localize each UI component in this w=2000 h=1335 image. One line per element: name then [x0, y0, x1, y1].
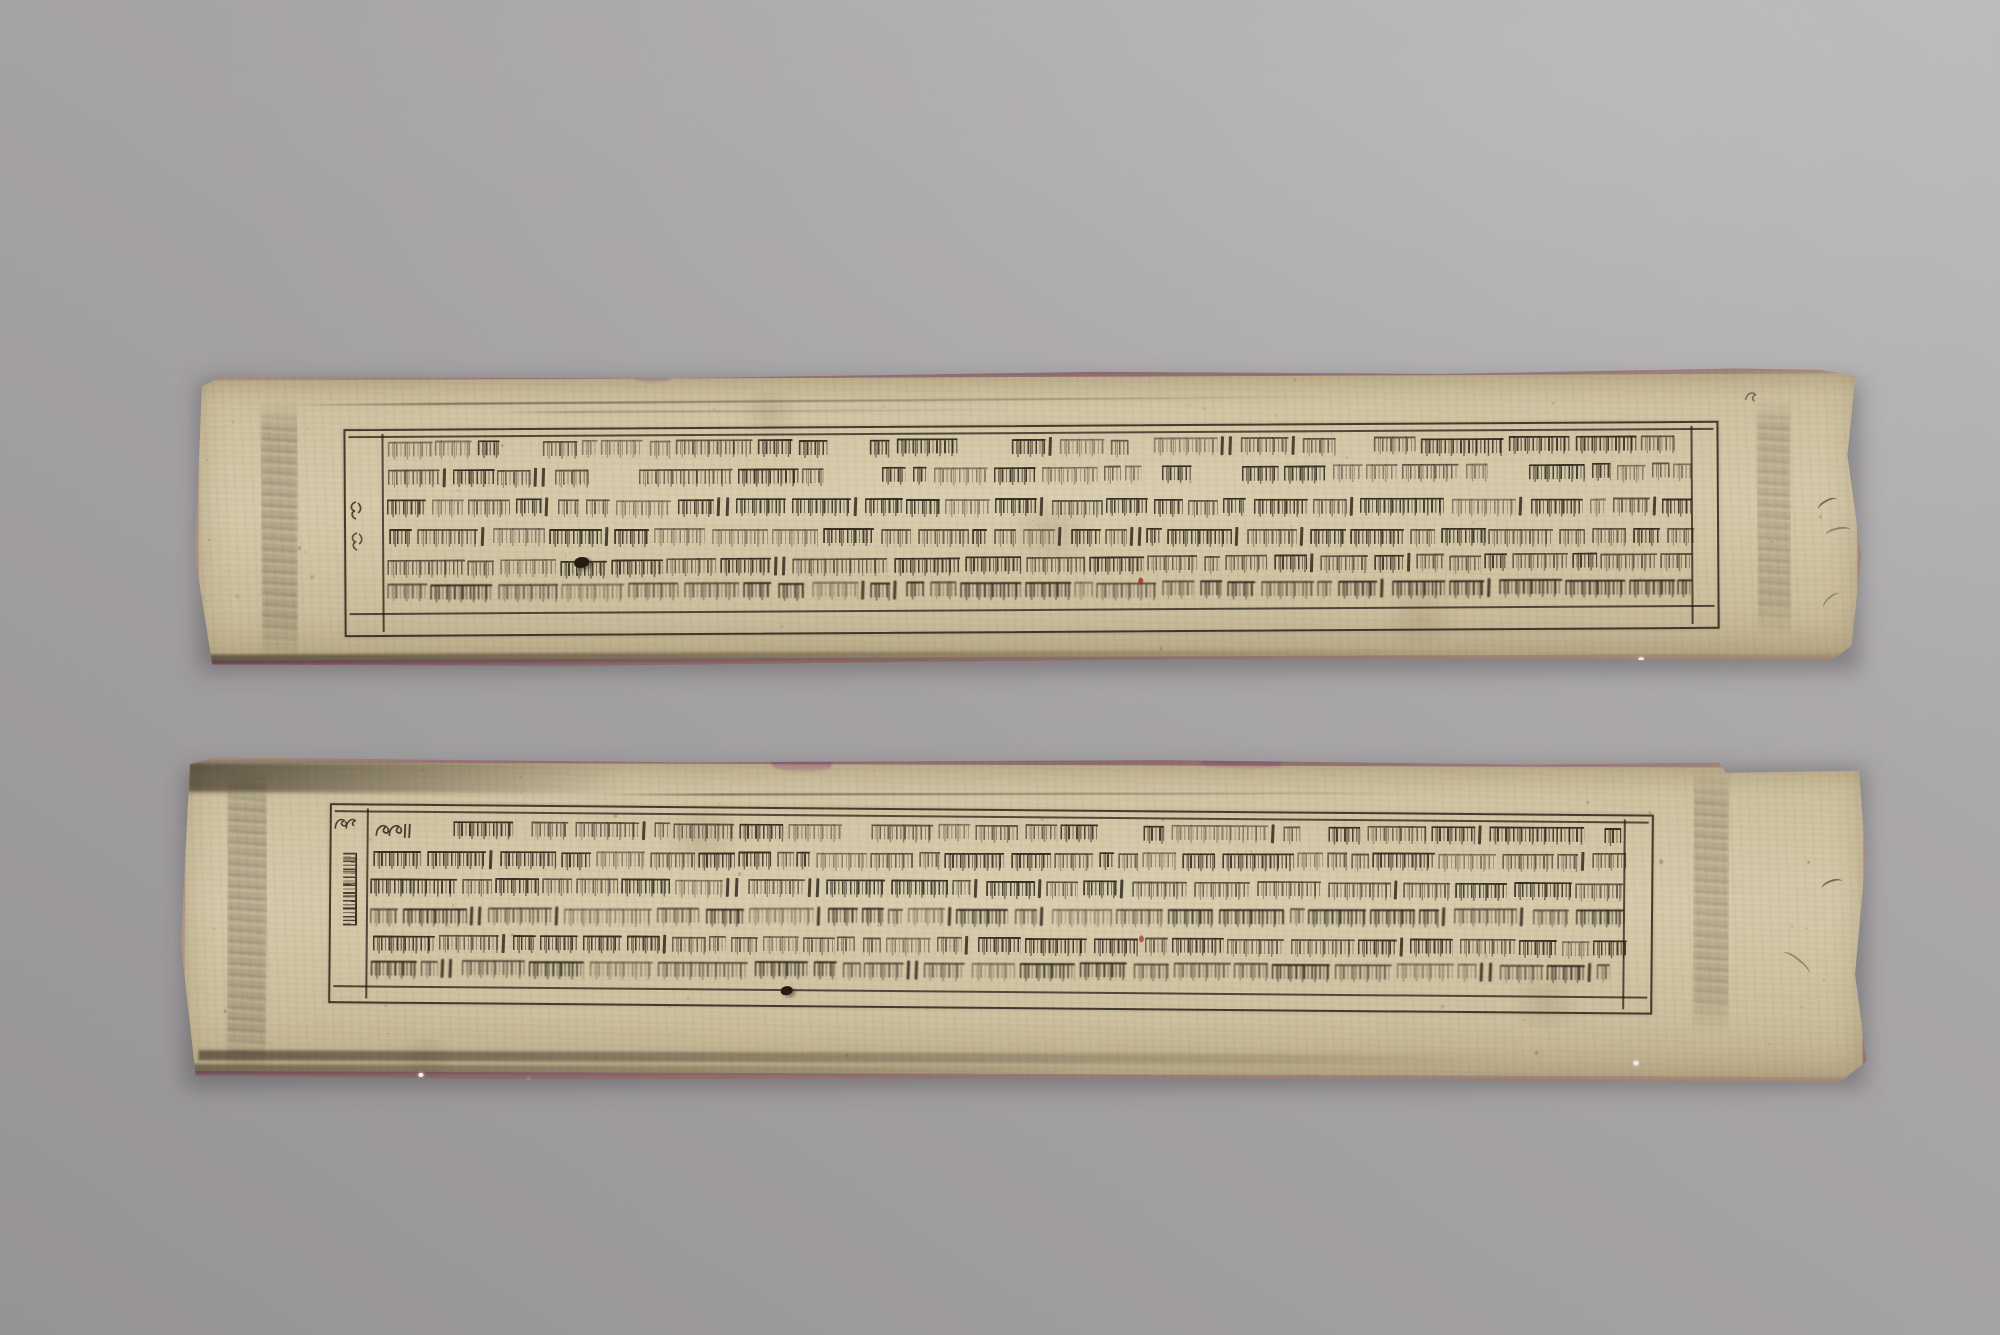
- script-stroke-segment: [763, 936, 798, 954]
- script-stroke-segment: [1403, 882, 1450, 900]
- paper-speck: [738, 872, 741, 876]
- paper-speck: [1485, 955, 1488, 959]
- margin-vertical-title: ཆོས་སྨོན་ཀ: [343, 853, 358, 945]
- paper-speck: [421, 769, 424, 771]
- script-stroke-segment: [1052, 499, 1103, 517]
- frame-inner-line-bottom: [350, 605, 1715, 615]
- script-stroke-segment: [837, 937, 855, 955]
- script-stroke-segment: [906, 582, 924, 600]
- script-stroke-segment: [655, 822, 671, 840]
- script-stroke-segment: [936, 936, 961, 954]
- script-stroke-segment: [1410, 529, 1435, 547]
- photograph-background: གསུམ་པ། བཞི་བ་ཕུང་པོ་ཡི་ངོ་བོ་སྐྱེ་བ་བཞི…: [0, 0, 2000, 1335]
- shad-punctuation-bar: [1652, 496, 1655, 515]
- shad-punctuation-bar: [861, 581, 864, 600]
- script-stroke-segment: [371, 960, 417, 978]
- script-stroke-segment: [1204, 556, 1221, 574]
- script-stroke-segment: [828, 908, 857, 926]
- script-stroke-segment: [896, 438, 957, 456]
- frame-inner-line-left: [365, 808, 368, 998]
- script-stroke-segment: [1661, 553, 1693, 571]
- script-stroke-segment: [438, 935, 499, 953]
- script-stroke-segment: [995, 498, 1037, 516]
- script-stroke-segment: [1590, 498, 1607, 516]
- paper-speck: [1420, 868, 1423, 871]
- script-stroke-segment: [1261, 581, 1313, 599]
- script-stroke-segment: [1147, 555, 1197, 573]
- script-stroke-segment: [1350, 529, 1404, 547]
- script-stroke-segment: [698, 852, 736, 870]
- shad-punctuation-bar: [542, 468, 545, 487]
- script-stroke-segment: [944, 853, 1004, 871]
- script-stroke-segment: [1531, 498, 1583, 516]
- paper-speck: [1295, 476, 1297, 478]
- script-stroke-segment: [590, 962, 653, 980]
- script-stroke-segment: [799, 440, 828, 458]
- frame-inner-line-bottom: [333, 986, 1647, 999]
- paper-speck: [613, 813, 616, 817]
- script-stroke-segment: [529, 961, 584, 979]
- shad-punctuation-bar: [1058, 527, 1061, 546]
- script-stroke-segment: [1357, 939, 1396, 957]
- script-stroke-segment: [871, 824, 933, 842]
- script-stroke-segment: [1452, 499, 1517, 517]
- paper-speck: [712, 408, 715, 411]
- script-stroke-segment: [1254, 499, 1309, 517]
- script-stroke-segment: [1593, 940, 1627, 958]
- margin-insertion-curl-icon: [347, 500, 365, 522]
- script-stroke-segment: [373, 851, 421, 869]
- script-stroke-segment: [561, 853, 591, 871]
- script-stroke-segment: [387, 499, 426, 517]
- script-stroke-segment: [1509, 436, 1570, 454]
- script-stroke-segment: [1616, 464, 1645, 482]
- script-stroke-segment: [881, 467, 906, 485]
- script-stroke-segment: [1308, 909, 1366, 927]
- shad-punctuation-bar: [440, 959, 443, 978]
- paper-speck: [1364, 585, 1367, 588]
- script-stroke-segment: [1274, 555, 1308, 573]
- paper-speck: [1788, 516, 1789, 518]
- shad-punctuation-bar: [1038, 879, 1041, 898]
- shad-punctuation-bar: [1394, 880, 1397, 899]
- purple-dye-drip: [634, 373, 670, 383]
- script-stroke-segment: [956, 909, 1008, 927]
- paper-speck: [1568, 942, 1570, 944]
- script-stroke-segment: [945, 499, 990, 517]
- script-stroke-segment: [754, 961, 807, 979]
- paper-speck: [814, 987, 815, 988]
- script-stroke-segment: [467, 560, 494, 578]
- paper-speck: [305, 427, 308, 430]
- paper-speck: [655, 867, 656, 868]
- script-stroke-segment: [1147, 527, 1162, 545]
- shad-punctuation-bar: [816, 907, 819, 926]
- shad-punctuation-bar: [1380, 579, 1383, 598]
- script-stroke-segment: [498, 584, 558, 602]
- script-stroke-segment: [582, 935, 621, 953]
- script-stroke-segment: [1118, 853, 1139, 871]
- script-stroke-segment: [972, 963, 1016, 981]
- script-stroke-segment: [796, 851, 810, 869]
- script-stroke-segment: [1283, 466, 1325, 484]
- script-stroke-segment: [919, 852, 939, 870]
- script-stroke-segment: [558, 499, 578, 517]
- paper-speck: [1524, 1019, 1525, 1021]
- script-stroke-segment: [737, 468, 798, 486]
- script-stroke-segment: [575, 821, 639, 839]
- script-stroke-segment: [1528, 464, 1584, 482]
- paper-speck: [1241, 964, 1244, 966]
- script-stroke-segment: [1144, 937, 1167, 955]
- script-stroke-segment: [1575, 883, 1623, 901]
- paper-speck: [1032, 520, 1033, 521]
- paper-speck: [520, 776, 521, 778]
- shad-punctuation-bar: [974, 879, 977, 898]
- shad-punctuation-bar: [1291, 436, 1294, 455]
- paper-speck: [1533, 451, 1534, 452]
- script-stroke-segment: [740, 824, 784, 842]
- paper-speck: [1159, 646, 1162, 650]
- script-stroke-segment: [1054, 853, 1093, 871]
- shad-punctuation-bar: [906, 961, 909, 980]
- paper-speck: [1189, 480, 1192, 483]
- script-stroke-segment: [1613, 497, 1650, 515]
- script-stroke-segment: [1227, 581, 1255, 599]
- paper-speck: [1819, 515, 1821, 518]
- script-stroke-segment: [1174, 962, 1231, 980]
- script-stroke-segment: [939, 824, 971, 842]
- script-stroke-segment: [1241, 437, 1289, 455]
- right-margin-ink-smudge: [1693, 767, 1730, 1035]
- script-stroke-segment: [666, 558, 716, 576]
- script-stroke-segment: [626, 935, 660, 953]
- script-stroke-segment: [549, 529, 602, 547]
- script-stroke-segment: [1328, 827, 1360, 845]
- left-margin-ink-smudge: [226, 768, 267, 1074]
- paper-speck: [687, 996, 690, 1000]
- shad-punctuation-bar: [1130, 527, 1133, 546]
- yig-mgo-head-mark-icon: [373, 820, 413, 842]
- script-stroke-segment: [387, 559, 465, 577]
- paper-speck: [511, 933, 515, 936]
- paper-speck: [448, 925, 450, 928]
- script-stroke-segment: [1360, 497, 1444, 515]
- script-stroke-segment: [1573, 553, 1598, 571]
- script-stroke-segment: [862, 937, 880, 955]
- script-stroke-segment: [649, 440, 671, 458]
- script-stroke-segment: [788, 824, 842, 842]
- script-stroke-segment: [1565, 580, 1625, 598]
- shad-punctuation-bar: [1229, 436, 1232, 455]
- script-stroke-segment: [1226, 555, 1268, 573]
- script-stroke-segment: [1162, 580, 1194, 598]
- script-stroke-segment: [1431, 826, 1475, 844]
- script-stroke-segment: [1047, 881, 1078, 899]
- shad-punctuation-bar: [1349, 497, 1352, 516]
- script-stroke-segment: [972, 529, 987, 547]
- script-stroke-segment: [628, 582, 679, 600]
- script-stroke-segment: [1640, 435, 1675, 453]
- paper-speck: [898, 636, 900, 637]
- shad-punctuation-bar: [641, 821, 644, 840]
- script-stroke-segment: [540, 935, 577, 953]
- script-stroke-segment: [1099, 852, 1114, 870]
- right-margin-tick-icon: [1742, 388, 1758, 404]
- script-line-2: ཧ་ཞིག་དབས་པ་བརྗེ་ཀུར་ཡུར་བ་འདང་ཕུལ་སམ་ཙུ…: [373, 850, 1627, 874]
- script-stroke-segment: [586, 499, 610, 517]
- shad-punctuation-bar: [893, 580, 896, 599]
- script-stroke-segment: [888, 908, 903, 926]
- script-stroke-segment: [730, 937, 757, 955]
- shad-punctuation-bar: [1271, 824, 1274, 843]
- paper-speck: [1768, 1043, 1770, 1045]
- script-stroke-segment: [650, 853, 695, 871]
- shad-punctuation-bar: [947, 907, 950, 926]
- script-stroke-segment: [960, 582, 1021, 600]
- script-stroke-segment: [823, 528, 875, 546]
- script-stroke-segment: [421, 960, 437, 978]
- shad-punctuation-bar: [1520, 907, 1523, 926]
- script-stroke-segment: [1442, 527, 1487, 545]
- script-stroke-segment: [864, 963, 904, 981]
- script-stroke-segment: [1438, 854, 1496, 872]
- script-stroke-segment: [1662, 498, 1692, 516]
- script-stroke-segment: [1372, 852, 1435, 870]
- script-stroke-segment: [933, 467, 988, 485]
- paper-speck: [1582, 815, 1584, 817]
- script-stroke-segment: [1418, 910, 1438, 928]
- shad-punctuation-bar: [1235, 527, 1238, 546]
- paper-speck: [1441, 1005, 1444, 1009]
- script-stroke-segment: [1402, 464, 1459, 482]
- script-stroke-segment: [389, 529, 412, 547]
- script-stroke-segment: [777, 852, 794, 870]
- script-stroke-segment: [865, 498, 904, 516]
- paper-speck: [1472, 521, 1475, 524]
- paper-speck: [415, 786, 416, 787]
- script-stroke-segment: [748, 879, 805, 897]
- script-stroke-segment: [1071, 529, 1102, 547]
- script-stroke-segment: [561, 583, 624, 601]
- script-stroke-segment: [1449, 580, 1484, 598]
- paper-speck: [311, 575, 315, 578]
- script-stroke-segment: [870, 440, 890, 458]
- shad-punctuation-bar: [1480, 963, 1483, 982]
- script-stroke-segment: [1562, 941, 1590, 959]
- script-stroke-segment: [1167, 909, 1213, 927]
- script-stroke-segment: [370, 908, 398, 926]
- script-stroke-segment: [468, 500, 510, 518]
- script-stroke-segment: [1133, 963, 1169, 981]
- script-stroke-segment: [1094, 938, 1138, 956]
- script-stroke-segment: [966, 556, 1022, 574]
- script-stroke-segment: [712, 529, 768, 547]
- paper-speck: [1490, 546, 1493, 548]
- script-stroke-segment: [531, 821, 568, 839]
- script-stroke-segment: [1052, 909, 1112, 927]
- script-stroke-segment: [1199, 580, 1222, 598]
- manuscript-folio-upper: གསུམ་པ། བཞི་བ་ཕུང་པོ་ཡི་ངོ་བོ་སྐྱེ་བ་བཞི…: [194, 367, 1861, 667]
- red-correction-mark: [1138, 577, 1143, 584]
- script-stroke-segment: [435, 441, 471, 459]
- script-stroke-segment: [1080, 962, 1127, 980]
- paper-speck: [1041, 818, 1044, 821]
- script-stroke-segment: [542, 878, 572, 896]
- script-stroke-segment: [1171, 824, 1268, 842]
- script-stroke-segment: [655, 528, 705, 546]
- paper-speck: [1346, 457, 1348, 458]
- script-stroke-segment: [372, 935, 434, 953]
- shad-punctuation-bar: [726, 878, 729, 897]
- script-stroke-segment: [477, 441, 499, 459]
- script-stroke-segment: [1247, 528, 1297, 546]
- script-stroke-segment: [994, 467, 1036, 485]
- script-stroke-segment: [500, 559, 556, 577]
- script-stroke-segment: [1547, 965, 1584, 983]
- script-stroke-segment: [881, 529, 911, 547]
- script-stroke-segment: [432, 499, 464, 517]
- script-stroke-segment: [658, 962, 748, 980]
- script-stroke-segment: [738, 851, 772, 869]
- script-stroke-segment: [1283, 826, 1301, 844]
- script-stroke-segment: [721, 558, 771, 576]
- script-stroke-segment: [1449, 555, 1482, 573]
- script-stroke-segment: [814, 961, 837, 979]
- script-stroke-segment: [749, 908, 814, 926]
- script-line-3: རྒྱུས་བ་ཡ་མཚན་ས་རྒྱུས་པ་དང་གྲུབ་པ་རྒྱུས་…: [387, 496, 1692, 519]
- script-stroke-segment: [758, 439, 793, 457]
- script-stroke-segment: [1089, 557, 1145, 575]
- script-stroke-segment: [564, 909, 652, 927]
- edge-glint: [418, 1073, 423, 1077]
- script-stroke-segment: [1333, 464, 1363, 482]
- script-stroke-segment: [674, 823, 734, 841]
- right-fold-ink-smudge: [1756, 398, 1791, 638]
- script-stroke-segment: [512, 935, 536, 953]
- script-stroke-segment: [497, 470, 530, 488]
- shad-punctuation-bar: [662, 935, 665, 954]
- shad-punctuation-bar: [1488, 963, 1491, 982]
- script-stroke-segment: [601, 439, 643, 457]
- shad-punctuation-bar: [1039, 907, 1042, 926]
- script-stroke-segment: [1024, 581, 1070, 599]
- paper-speck: [232, 420, 235, 423]
- script-stroke-segment: [1465, 464, 1488, 482]
- shad-punctuation-bar: [1581, 852, 1584, 871]
- shad-punctuation-bar: [1300, 527, 1303, 546]
- shad-punctuation-bar: [469, 906, 472, 925]
- script-stroke-segment: [1115, 909, 1162, 927]
- script-stroke-segment: [862, 907, 884, 925]
- script-stroke-segment: [1194, 881, 1250, 899]
- script-stroke-segment: [1061, 824, 1098, 842]
- paper-speck: [1659, 860, 1662, 864]
- shad-punctuation-bar: [554, 906, 557, 925]
- script-stroke-segment: [1012, 439, 1046, 457]
- script-stroke-segment: [843, 963, 862, 981]
- script-stroke-segment: [1458, 964, 1477, 982]
- script-stroke-segment: [994, 529, 1016, 547]
- script-stroke-segment: [736, 498, 786, 516]
- paper-speck: [457, 489, 459, 491]
- script-stroke-segment: [891, 879, 948, 897]
- script-stroke-segment: [1110, 439, 1128, 457]
- script-stroke-segment: [555, 470, 589, 488]
- script-stroke-segment: [1502, 854, 1554, 872]
- script-stroke-segment: [1338, 581, 1377, 599]
- script-stroke-segment: [778, 583, 804, 601]
- script-stroke-segment: [1011, 853, 1052, 871]
- script-stroke-segment: [1677, 579, 1692, 597]
- script-stroke-segment: [1328, 882, 1391, 900]
- script-stroke-segment: [1297, 853, 1323, 871]
- paper-speck: [1535, 1051, 1538, 1055]
- script-stroke-segment: [1514, 882, 1572, 900]
- script-stroke-segment: [1167, 529, 1232, 547]
- script-stroke-segment: [1454, 909, 1517, 927]
- script-stroke-segment: [1172, 937, 1224, 955]
- shad-punctuation-bar: [853, 497, 856, 516]
- script-stroke-segment: [1083, 880, 1117, 898]
- script-stroke-segment: [1512, 553, 1568, 571]
- left-margin-ink-smudge: [260, 400, 298, 660]
- script-stroke-segment: [1628, 580, 1674, 598]
- script-stroke-segment: [1489, 529, 1553, 547]
- script-stroke-segment: [638, 468, 733, 487]
- script-stroke-segment: [708, 936, 725, 954]
- script-stroke-segment: [1591, 463, 1610, 481]
- shad-punctuation-bar: [782, 556, 785, 575]
- script-stroke-segment: [1321, 555, 1369, 573]
- script-stroke-segment: [1025, 824, 1057, 842]
- script-stroke-segment: [370, 878, 457, 896]
- margin-insertion-curl-icon: [348, 531, 366, 553]
- shad-punctuation-bar: [1040, 497, 1043, 516]
- script-stroke-segment: [1317, 581, 1332, 599]
- script-stroke-segment: [596, 851, 645, 869]
- script-stroke-segment: [1456, 882, 1507, 900]
- script-stroke-segment: [1241, 466, 1278, 484]
- script-stroke-segment: [1397, 963, 1454, 981]
- script-stroke-segment: [826, 879, 886, 897]
- script-stroke-segment: [1024, 938, 1087, 956]
- paper-speck: [1187, 404, 1190, 407]
- script-stroke-segment: [908, 908, 945, 926]
- paper-speck: [236, 595, 239, 598]
- shad-punctuation-bar: [1441, 907, 1444, 926]
- script-stroke-segment: [427, 851, 486, 869]
- yig-mgo-margin-mark-icon: [333, 815, 359, 835]
- script-stroke-segment: [802, 937, 834, 955]
- shad-punctuation-bar: [605, 527, 608, 546]
- script-stroke-segment: [1651, 462, 1669, 480]
- script-stroke-segment: [1532, 909, 1568, 927]
- script-stroke-segment: [1222, 853, 1294, 871]
- script-stroke-segment: [1132, 882, 1188, 900]
- script-stroke-segment: [1417, 554, 1445, 572]
- script-stroke-segment: [657, 908, 699, 926]
- script-stroke-segment: [1484, 553, 1508, 571]
- script-stroke-segment: [1667, 528, 1694, 546]
- edge-glint: [1633, 1061, 1638, 1065]
- script-stroke-segment: [1023, 529, 1055, 547]
- script-stroke-segment: [912, 466, 926, 484]
- script-stroke-segment: [1290, 939, 1354, 957]
- script-stroke-segment: [792, 498, 851, 516]
- script-stroke-segment: [1673, 463, 1692, 481]
- script-stroke-segment: [870, 582, 890, 600]
